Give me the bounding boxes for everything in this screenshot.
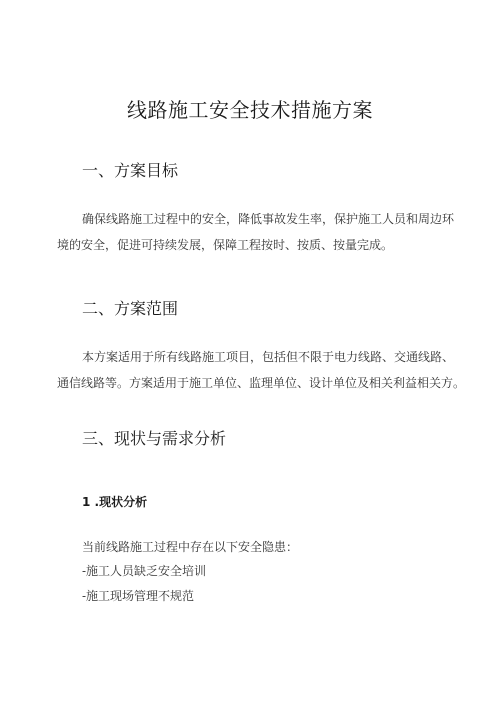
current-status-intro: 当前线路施工过程中存在以下安全隐患： bbox=[82, 538, 298, 556]
document-page: 线路施工安全技术措施方案 一、方案目标 确保线路施工过程中的安全，降低事故发生率… bbox=[0, 0, 500, 707]
section-scope-paragraph-line-2: 通信线路等。方案适用于施工单位、监理单位、设计单位及相关利益相关方。 bbox=[57, 374, 465, 392]
section-heading-goals: 一、方案目标 bbox=[82, 160, 178, 182]
subsection-heading-current-status: 1 .现状分析 bbox=[82, 493, 147, 511]
section-goals-paragraph-line-1: 确保线路施工过程中的安全，降低事故发生率，保护施工人员和周边环 bbox=[82, 210, 454, 228]
section-scope-paragraph-line-1: 本方案适用于所有线路施工项目，包括但不限于电力线路、交通线路、 bbox=[82, 348, 454, 366]
hazard-item: -施工人员缺乏安全培训 bbox=[82, 562, 206, 580]
hazard-item: -施工现场管理不规范 bbox=[82, 587, 194, 605]
section-heading-analysis: 三、现状与需求分析 bbox=[82, 428, 226, 450]
section-heading-scope: 二、方案范围 bbox=[82, 298, 178, 320]
document-title: 线路施工安全技术措施方案 bbox=[0, 96, 500, 124]
section-goals-paragraph-line-2: 境的安全，促进可持续发展，保障工程按时、按质、按量完成。 bbox=[57, 236, 393, 254]
